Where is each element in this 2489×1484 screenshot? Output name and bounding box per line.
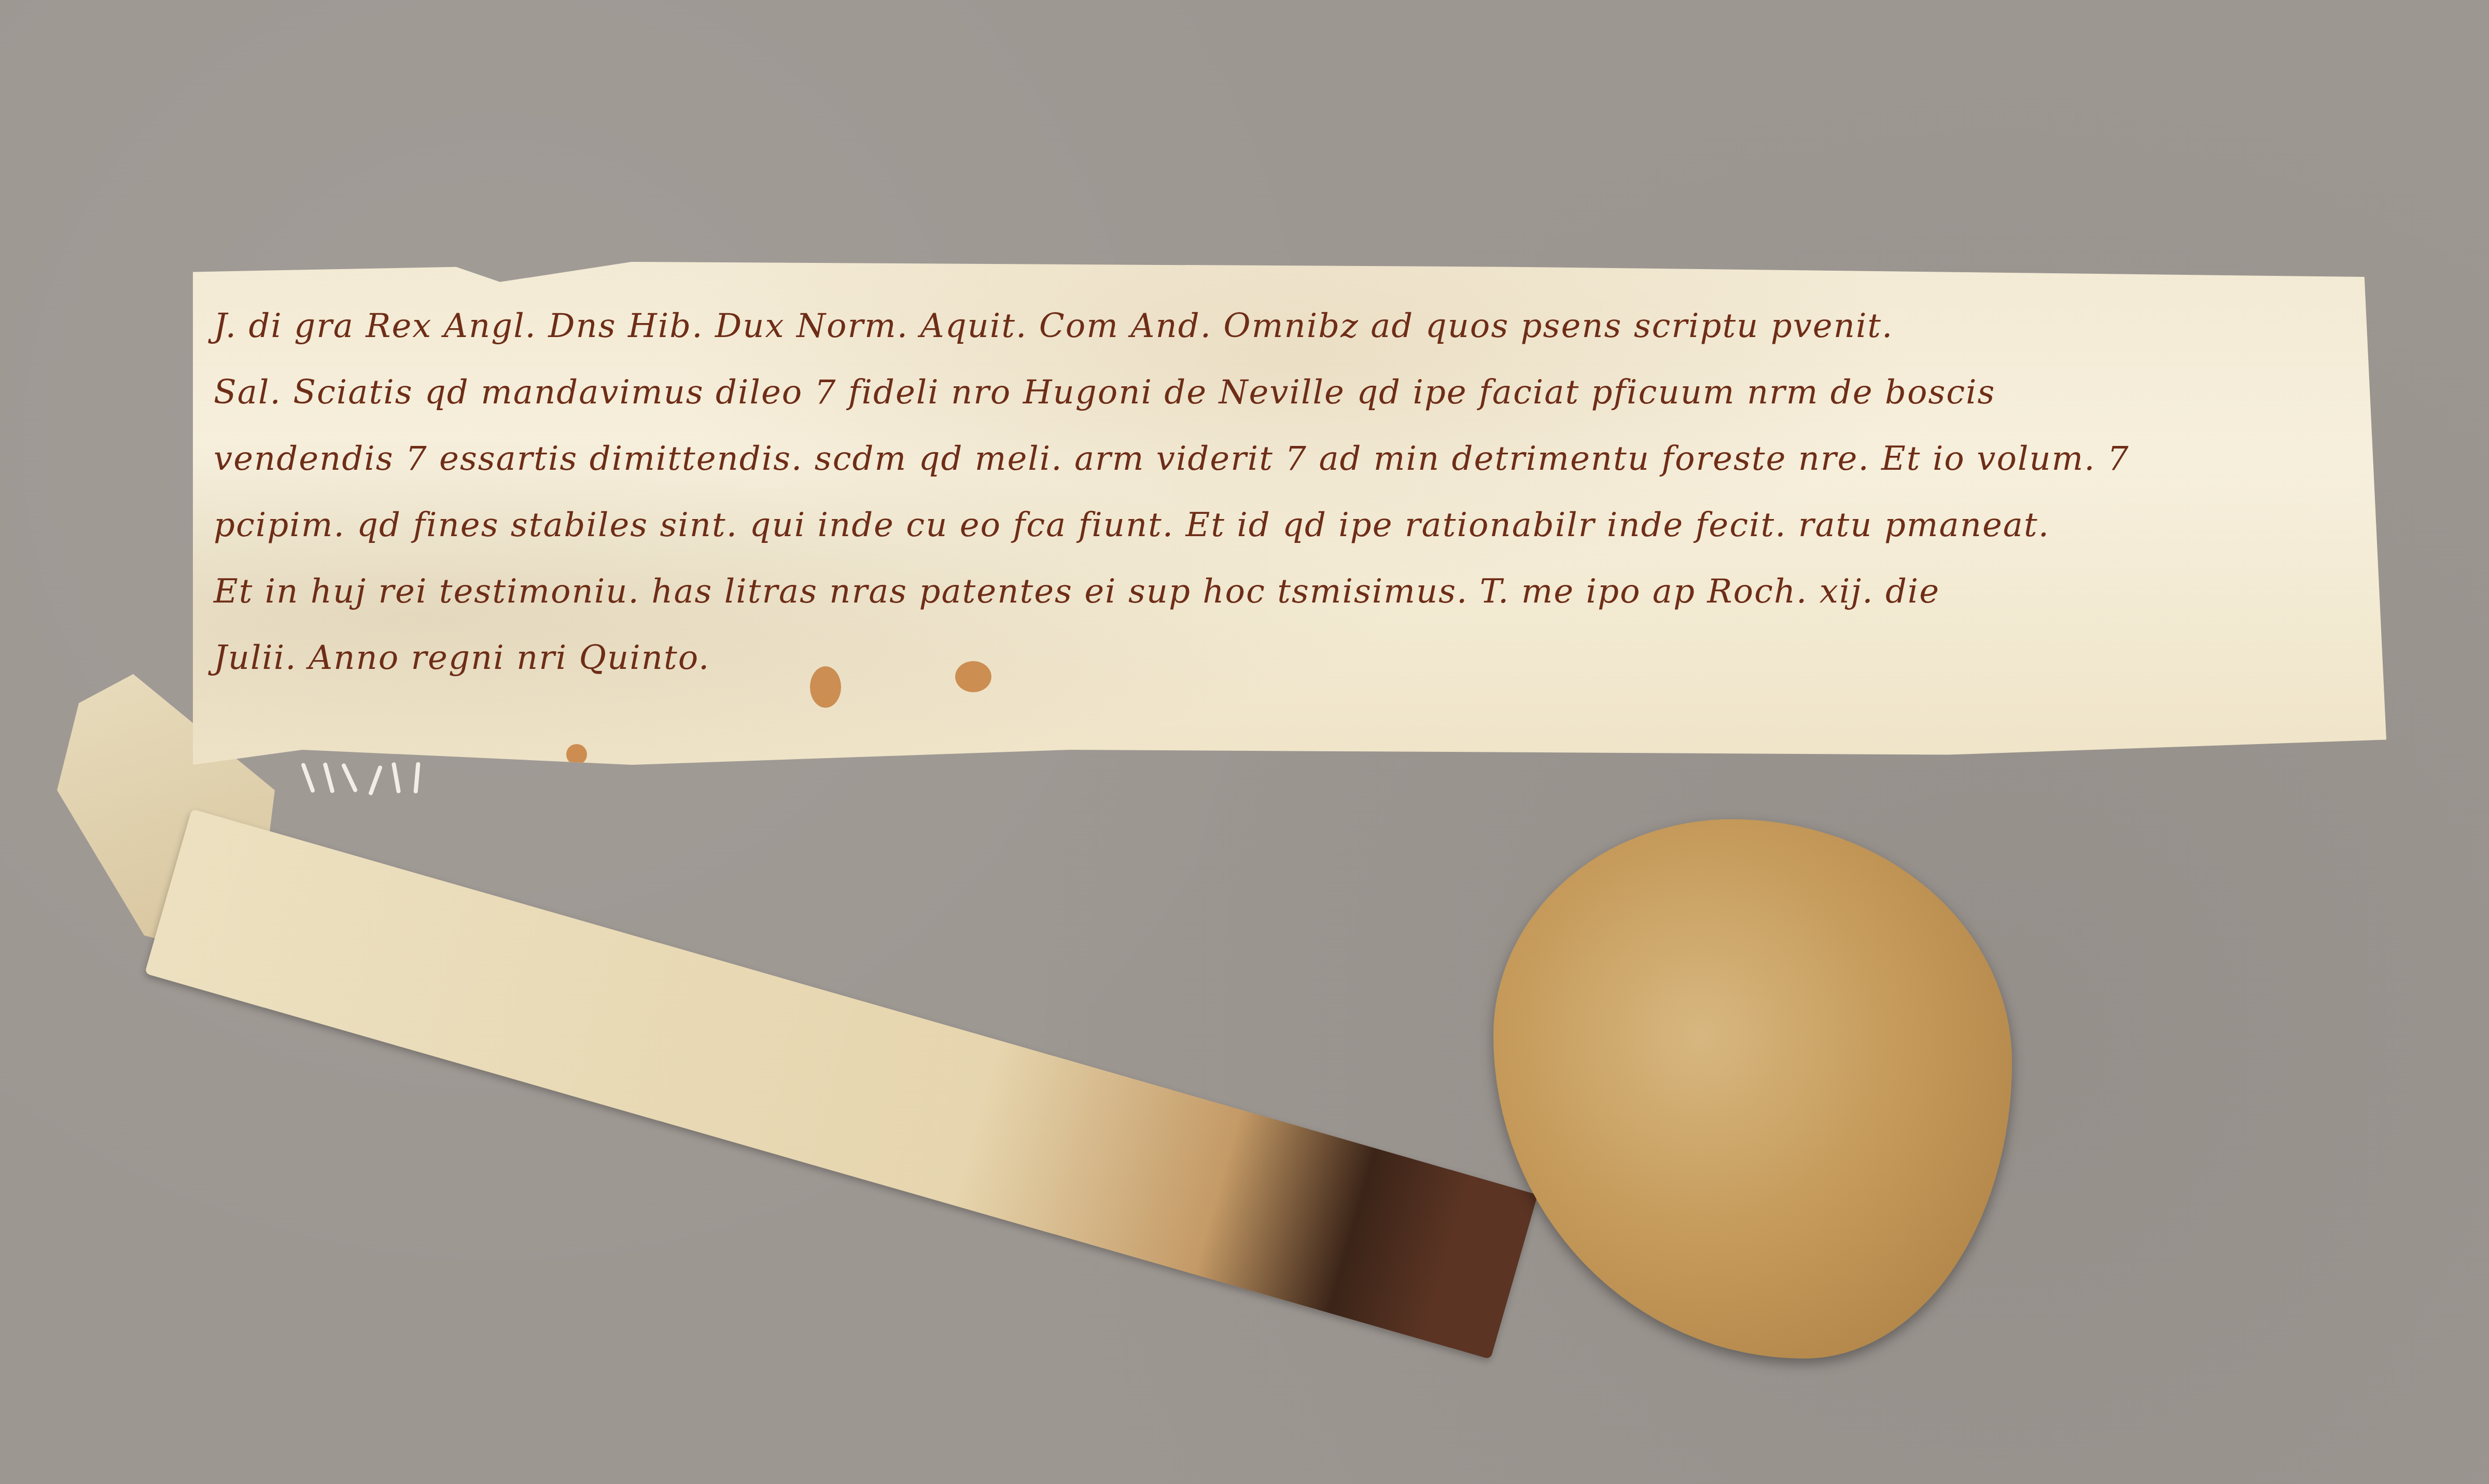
charter-text: J. di gra Rex Angl. Dns Hib. Dux Norm. A… — [214, 293, 2355, 691]
parchment-sheet: J. di gra Rex Angl. Dns Hib. Dux Norm. A… — [193, 262, 2386, 765]
text-line-2: Sal. Sciatis qd mandavimus dileo 7 fidel… — [214, 359, 2355, 426]
text-line-1: J. di gra Rex Angl. Dns Hib. Dux Norm. A… — [214, 293, 2355, 359]
wax-seal-fragment — [1493, 819, 2012, 1359]
text-line-3: vendendis 7 essartis dimittendis. scdm q… — [214, 426, 2355, 492]
document-photograph: J. di gra Rex Angl. Dns Hib. Dux Norm. A… — [0, 0, 2489, 1484]
parchment-tongue — [145, 809, 1537, 1359]
text-line-6: Julii. Anno regni nri Quinto. — [214, 625, 2355, 691]
text-line-5: Et in huj rei testimoniu. has litras nra… — [214, 558, 2355, 625]
text-line-4: pcipim. qd fines stabiles sint. qui inde… — [214, 492, 2355, 558]
ink-stain — [566, 744, 587, 765]
